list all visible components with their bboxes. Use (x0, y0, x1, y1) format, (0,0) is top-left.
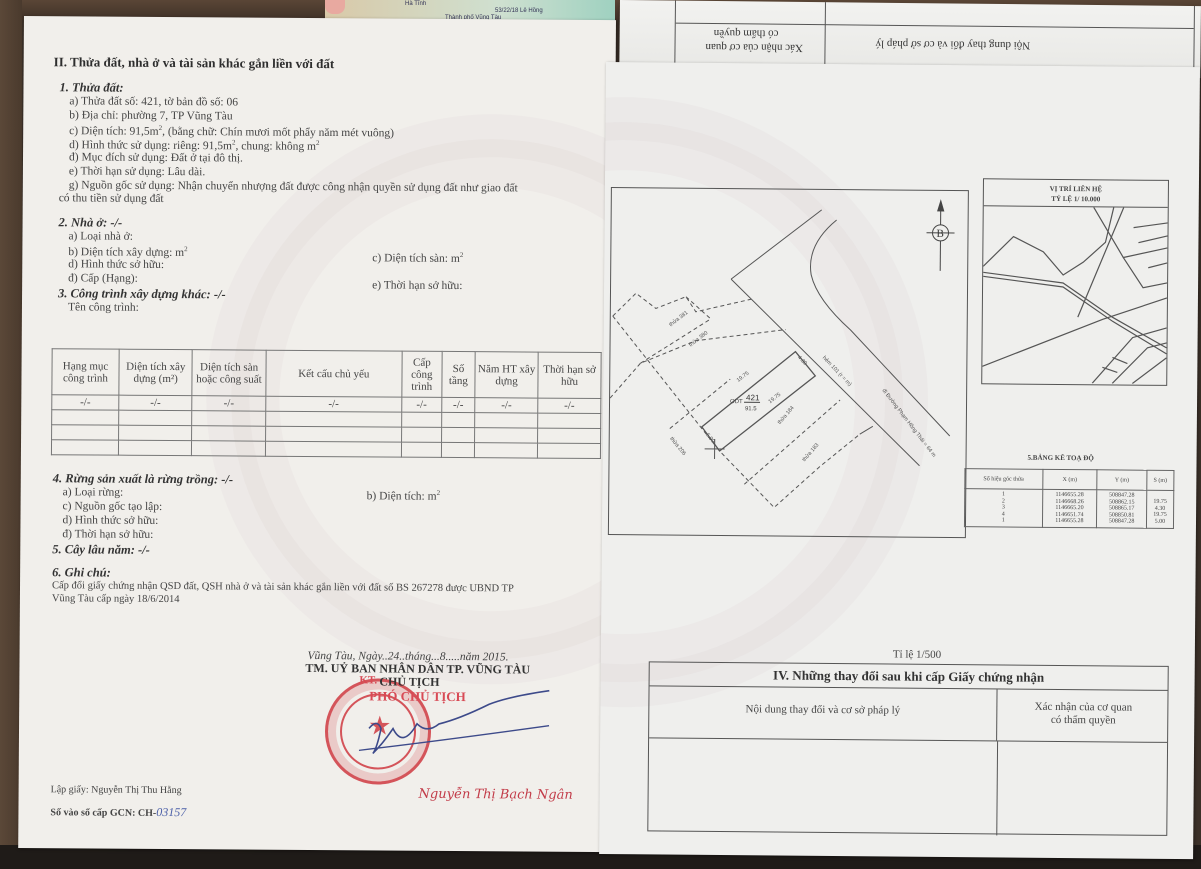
land-origin-cont: có thu tiền sử dụng đất (59, 192, 164, 205)
changes-table: IV. Những thay đổi sau khi cấp Giấy chứn… (647, 661, 1168, 836)
land-purpose: đ) Mục đích sử dụng: Đất ở tại đô thị. (69, 151, 243, 164)
coordinates-title: 5.BẢNG KÊ TOẠ ĐỘ (1028, 454, 1094, 463)
land-term: e) Thời hạn sử dụng: Lâu dài. (69, 165, 205, 178)
handwritten-signature (359, 688, 560, 769)
coordinates-table: Số hiệu góc thửaX (m)Y (m)S (m) 12341 11… (964, 468, 1175, 528)
other-works-table: Hạng mục công trìnhDiện tích xây dựng (m… (51, 348, 602, 459)
location-map: VỊ TRÍ LIÊN HỆ TỶ LỆ 1/ 10.000 (981, 178, 1169, 386)
signer-name: Nguyễn Thị Bạch Ngân (419, 787, 573, 803)
section-2-title: II. Thửa đất, nhà ở và tài sản khác gắn … (54, 54, 335, 72)
coord-y-values: 508847.28508862.15508865.17508850.815088… (1097, 490, 1147, 528)
house-floor-area: c) Diện tích sàn: m2 (372, 250, 463, 264)
prepared-by: Lập giấy: Nguyễn Thị Thu Hằng (51, 784, 182, 796)
svg-text:ODT: ODT (730, 399, 743, 405)
sticker-line-1: Hà Tĩnh (405, 1, 555, 8)
house-ownership-term: e) Thời hạn sở hữu: (372, 279, 462, 292)
works-column-header: Diện tích xây dựng (m²) (119, 349, 193, 396)
parcel-area: 91.5 (745, 406, 757, 412)
north-label: B (936, 228, 943, 240)
sticker-decoration (325, 0, 345, 14)
notes-heading: 6. Ghi chú: (52, 565, 111, 580)
kt-label: KT. (359, 674, 377, 686)
house-type: a) Loại nhà ở: (68, 230, 133, 242)
house-build-area: b) Diện tích xây dựng: m2 (68, 244, 187, 259)
perennial-heading: 5. Cây lâu năm: -/- (52, 542, 150, 558)
svg-text:thửa 183: thửa 183 (801, 442, 821, 463)
svg-text:thửa 380: thửa 380 (687, 329, 709, 348)
coord-column-header: S (m) (1147, 470, 1174, 490)
svg-text:19.75: 19.75 (736, 371, 751, 384)
notes-line-2: Vũng Tàu cấp ngày 18/6/2014 (52, 593, 180, 605)
flipped-changes-table: Nội dung thay đổi và cơ sở pháp lý Xác n… (674, 1, 1195, 70)
flipped-col2-line2: có thẩm quyền (714, 27, 779, 40)
flipped-col1: Nội dung thay đổi và cơ sở pháp lý (875, 38, 1030, 52)
changes-col-confirmation: Xác nhận của cơ quan có thẩm quyền (997, 689, 1169, 741)
works-column-header: Diện tích sàn hoặc công suất (192, 350, 266, 397)
coord-column-header: Y (m) (1097, 470, 1147, 490)
coord-points: 12341 (964, 489, 1042, 527)
certificate-left-page: II. Thửa đất, nhà ở và tài sản khác gắn … (18, 16, 616, 852)
sticker-line-2: 53/22/18 Lê Hồng (405, 8, 555, 15)
svg-text:hẻm 101 (r = m): hẻm 101 (r = m) (821, 355, 853, 388)
other-works-name-label: Tên công trình: (68, 301, 139, 313)
coord-s-values: 19.754.3019.755.00 (1146, 490, 1173, 528)
coord-column-header: X (m) (1042, 469, 1097, 489)
house-ownership-form: d) Hình thức sở hữu: (68, 258, 164, 271)
land-parcel-number: a) Thửa đất số: 421, tờ bản đồ số: 06 (69, 95, 238, 108)
works-column-header: Hạng mục công trình (52, 349, 119, 395)
land-heading: 1. Thửa đất: (59, 80, 123, 95)
coord-column-header: Số hiệu góc thửa (965, 469, 1043, 490)
forest-area: b) Diện tích: m2 (367, 488, 441, 502)
works-column-header: Số tầng (442, 351, 476, 397)
parcel-map: B ODT 421 91.5 19.75 4.30 19.75 5.00 thử… (608, 187, 969, 538)
works-column-header: Cấp công trình (402, 351, 442, 397)
svg-text:thửa 184: thửa 184 (776, 405, 796, 426)
forest-ownership-term: đ) Thời hạn sở hữu: (62, 528, 153, 541)
register-number: Số vào sổ cấp GCN: CH-03157 (50, 804, 186, 820)
forest-origin: c) Nguồn gốc tạo lập: (63, 500, 163, 513)
works-column-header: Năm HT xây dựng (475, 352, 538, 398)
location-scale: TỶ LỆ 1/ 10.000 (984, 193, 1168, 205)
coord-x-values: 1146655.281146668.261146665.201146651.74… (1042, 489, 1097, 527)
svg-text:đi Đường Phạm Hồng Thái = 64 m: đi Đường Phạm Hồng Thái = 64 m (881, 388, 937, 459)
parcel-number: 421 (746, 393, 760, 402)
house-heading: 2. Nhà ở: -/- (59, 215, 123, 230)
svg-text:thửa 206: thửa 206 (668, 435, 687, 456)
certificate-right-page: B ODT 421 91.5 19.75 4.30 19.75 5.00 thử… (599, 62, 1200, 859)
land-usage-form: d) Hình thức sử dụng: riêng: 91,5m2, chu… (69, 137, 320, 153)
map-scale: Tỉ lệ 1/500 (893, 649, 941, 661)
house-grade: đ) Cấp (Hạng): (68, 272, 138, 284)
forest-ownership-form: d) Hình thức sở hữu: (62, 514, 158, 527)
other-works-heading: 3. Công trình xây dựng khác: -/- (58, 286, 226, 302)
works-column-header: Kết cấu chủ yếu (266, 350, 403, 397)
forest-type: a) Loại rừng: (63, 486, 124, 498)
works-column-header: Thời hạn sở hữu (538, 352, 601, 398)
flipped-col2-line1: Xác nhận của cơ quan (705, 41, 803, 54)
land-address: b) Địa chỉ: phường 7, TP Vũng Tàu (69, 109, 232, 122)
changes-col-content: Nội dung thay đổi và cơ sở pháp lý (649, 686, 997, 740)
svg-text:thửa 381: thửa 381 (668, 309, 690, 328)
forest-heading: 4. Rừng sản xuất là rừng trồng: -/- (53, 471, 233, 487)
table-row (51, 440, 600, 459)
notes-line-1: Cấp đổi giấy chứng nhận QSD đất, QSH nhà… (52, 580, 514, 594)
